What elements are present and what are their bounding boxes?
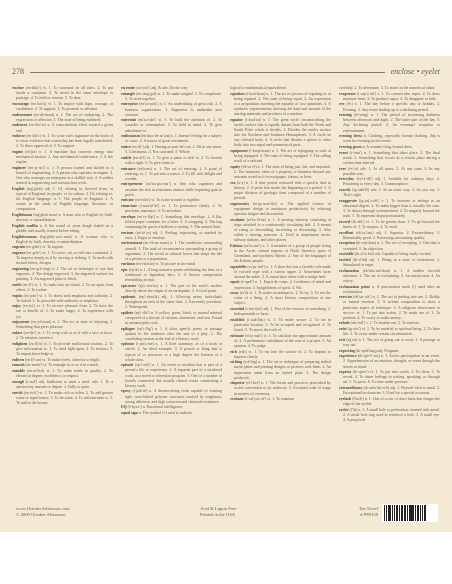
headword: epidote [121,311,133,315]
dictionary-entry: engraving (en·grā′ving) n. 1. The art or… [12,267,113,282]
definition: (ek′sər·sīz′) n. 1. The act of putting i… [343,295,440,319]
headword: escalator [230,218,245,222]
definition: (en·lās′) vt. 1. To wrap with or as if w… [16,331,113,340]
dictionary-entry: establish (i·stab′lish) vt. 1. To make s… [230,318,331,333]
definition: (i·vent′) n. 1. Something that takes pla… [343,151,440,165]
dictionary-entry: everyday (ev′rē·dā′) adj. 1. Suitable fo… [339,177,440,187]
dictionary-entry: enrich (en·rich′) vt. 1. To make rich or… [12,391,113,406]
headword: enunciate [121,204,137,208]
headword: equation [230,92,245,96]
dictionary-entry: era (ir′ə) n. 1. A time period reckoned … [230,181,331,201]
headword: ennoble [12,369,25,373]
headword: epic [121,268,128,272]
dictionary-entry: exclamation (ek′sklə·mā′shən) n. 1. A su… [339,269,440,284]
definition: (en·joi′mənt) n. 1. The act or state of … [16,320,113,329]
definition: (es′ā) vt. 1. To make an attempt to. 2. … [234,291,331,305]
dictionary-entry: equator (i·kwā′tər) n. 1. The great circ… [230,118,331,149]
headword: equator [230,118,243,122]
definition: (ik·sī′tid) adj. 1. Being in a state of … [343,258,440,267]
headword: event [339,151,348,155]
headword: essay [230,291,239,295]
dictionary-entry: Eskimo (es′kə·mō′) n. 1. A member of a g… [230,244,331,264]
headword: epidemic [121,295,136,299]
headword: en route [121,86,135,90]
definition: (eg′zit) n. 1. The act of going out or a… [343,338,440,347]
headword: exceed [339,220,350,224]
dictionary-entry: enlighten (en·līt′n) vt. 1. To provide i… [12,342,113,357]
definition: n. A woman's long formal dress. [363,145,413,149]
printed-note: Printed in the USA [200,512,236,518]
definition: (i·val′yoo·āt′) vt. 1. To examine [245,397,294,401]
headword: era [230,181,235,185]
headword: enclose [12,86,24,90]
definition: carefully. 2. To determine. 3. To assert… [339,86,435,90]
headword: excited [339,258,351,262]
definition: (i·kwā′zhən) n. 1. The act or process of… [234,92,331,116]
dictionary-entry: essential (i·sen′shəl) adj. 1. Part of t… [230,307,331,317]
column-2: en route (on·root′) adj. & adv. On the w… [121,86,222,492]
definition: (es′kə·lā′tər) n. 1. A moving stairway c… [234,218,331,242]
definition: (en·thoo′zē·az′əm) n. 1. Intense feeling… [125,134,222,143]
definition: (i·pok′sē) n. A thermosetting resin capa… [125,389,222,403]
definition: (en·nō′bəl) vt. 1. To make noble in qual… [16,369,113,378]
headword: enjoy [12,304,21,308]
definition: (en·grāv′) vt. 1. To carve, cut, or etch… [16,251,113,265]
definition: (en·jə·nir′) n. 1. A person trained and … [16,166,113,185]
dictionary-entry: enunciate (i·nun′sē·āt′) vt. 1. To prono… [121,204,222,214]
headword: evaluate [230,397,244,401]
definition: n. The symbol (=) used to indicate [139,411,192,415]
dictionary-page: 278 enclose • eyelet enclose (en·klōz′) … [0,56,452,532]
dictionary-entry: enjoy (en·joi′) vt. 1. To receive pleasu… [12,304,113,319]
headword: enterprise [121,102,138,106]
dictionary-entry: etching (ech′ing) n. 1. The art or techn… [230,360,331,380]
definition: (en·kur′ij) vt. 1. To inspire with hope,… [16,102,113,111]
dictionary-entry: enthusiasm (en·thoo′zē·az′əm) n. 1. Inte… [121,134,222,144]
headword: equity [230,165,240,169]
definition: (ep′i·sen′tər) n. 1. The part of the ear… [125,284,222,293]
headword: epitome [121,342,134,346]
definition: (eks·hāl′) v. 1. To breathe out. 2. To e… [351,321,420,325]
definition: (ur′gə·nom′iks) n. The applied science o… [234,202,331,216]
dictionary-entry: engineer (en·jə·nir′) n. 1. A person tra… [12,166,113,186]
definition: (ep′i·dem′ik) adj. 1. Affecting many ind… [125,295,222,309]
dictionary-entry: equipment (i·kwip′mənt) n. 1. The act of… [230,149,331,164]
headword: etiquette [230,381,244,385]
headword: esprit [230,280,240,284]
definition: (en·dôrs′) vt. 1. To write one's signatu… [16,134,113,148]
definition: (ig·zakt′lē) adv. 1. In an exact way. 2.… [343,188,440,197]
headword: exclamation point [339,285,370,289]
headword: encourage [12,102,29,106]
dictionary-entry: essay (es′ā) vt. 1. To make an attempt t… [230,291,331,306]
dictionary-entry: environment (en·vī′rən·mənt) n. 1. The c… [121,241,222,261]
guide-words: enclose • eyelet [391,67,440,76]
dictionary-entry: enlace (en·lās′) vt. 1. To wrap with or … [12,331,113,341]
dictionary-entry: evening gown n. A woman's long formal dr… [339,145,440,150]
dictionary-entry: enjoin (en·join′) vt. 1. To direct with … [12,294,113,304]
definition: (e·sprē′) n. 1. Esprit de corps. 2. Live… [234,280,331,289]
dictionary-entry: enclose (en·klōz′) vt. 1. To surround on… [12,86,113,101]
definition: (en·grān′) vt. To ingrain. [26,245,64,249]
headword: envelope [121,215,135,219]
headword: engineer [12,166,26,170]
dictionary-entry: entrepreneur (on′trə·prə·nur′) n. One wh… [121,182,222,197]
headword: entrance [121,167,135,171]
headword: expecting [339,349,355,353]
headword: equal sign [121,411,138,415]
page-number: 278 [12,67,24,76]
entry-columns: enclose (en·klōz′) vt. 1. To surround on… [12,86,440,492]
definition: (ek′wi·tē) n. 1. The state of being just… [234,165,331,179]
definition: (en·lī′vən) vt. To make lively, cheerful… [25,358,100,362]
definition: (en·rich′) vt. 1. To make rich or richer… [16,391,113,405]
dictionary-entry: epidote (ep′i·dōt′) n. A yellow, green, … [121,311,222,326]
definition: logical or mathematical equivalence. [230,86,287,90]
definition: (en·klōz′) vt. 1. To surround on all sid… [16,86,113,100]
dictionary-entry: esprit (e·sprē′) n. 1. Esprit de corps. … [230,280,331,290]
dictionary-entry: exceed (ik·sēd′) vt. 1. To be greater th… [339,220,440,230]
headword: entire [121,145,131,149]
dictionary-entry: estimate (es′tə·māt′) vt. 1. To calculat… [230,334,331,349]
dictionary-entry: envelope (en′və·lōp′) n. 1. Something th… [121,215,222,230]
headword: Englishwoman [12,235,37,239]
headword: excellent [339,231,353,235]
definition: (i·pit′ə·mē) n. 1. A brief summary, as o… [125,342,222,361]
dictionary-entry: encourage (en·kur′ij) vt. 1. To inspire … [12,102,113,112]
headword: everyday [339,177,354,181]
definition: (en·līt′n) vt. 1. To provide intellectua… [16,342,113,356]
definition: (et′i·ket′) n. 1. The forms and practice… [234,381,331,395]
headword: entangle [121,92,135,96]
dictionary-entry: Englishman (ing′glish·mən) n. A man who … [12,213,113,223]
definition: (ī′lit) n. 1. A small hole or perforatio… [343,408,440,422]
headword: enrich [12,391,23,395]
dictionary-entry: etiquette (et′i·ket′) n. 1. The forms an… [230,381,331,396]
headword: entertain [121,118,136,122]
dictionary-entry: exit (eg′zit) n. 1. The act of going out… [339,338,440,348]
dictionary-entry: English (ing′glish) adj. 1. Of, relating… [12,187,113,212]
definition: (es′tə·māt′) vt. 1. To calculate the app… [234,334,331,348]
dictionary-entry: eyelash (ī′lash′) n. 1. One of a row of … [339,397,440,407]
definition: (en·twīn′) vt. To twine around or togeth… [135,198,200,202]
dictionary-entry: exist (ig·zist′) vi. 1. To be material o… [339,327,440,337]
headword: enlace [12,331,22,335]
headword: essential [230,307,244,311]
dictionary-entry: entangle (en·tang′gəl) vt. 1. To make ta… [121,92,222,102]
column-1: enclose (en·klōz′) vt. 1. To surround on… [12,86,113,492]
dictionary-entry: ergonomics (ur′gə·nom′iks) n. The applie… [230,202,331,217]
headword: eve [339,102,344,106]
dictionary-entry: exercise (ek′sər·sīz′) n. 1. The act of … [339,295,440,320]
headword: epicenter [121,284,136,288]
headword: enlighten [12,342,27,346]
definition: (en·dev′ər) n. A conscientious effort to… [16,123,113,132]
headword: exist [339,327,347,331]
definition: (ī′lash′) n. 1. One of a row of short ha… [343,397,440,406]
headword: endeavor [12,123,27,127]
headword: Englishman [12,213,32,217]
dictionary-entry: espadrille (es′pə·dril′) n. 1. A shoe th… [230,265,331,280]
definition: (i·kwā′tər) n. 1. The great circle circu… [234,118,331,147]
header-rule [30,72,385,73]
dictionary-entry: enough (i·nuf′) adj. Sufficient to meet … [12,380,113,390]
dictionary-entry: en route (on·root′) adj. & adv. On the w… [121,86,222,91]
dictionary-entry: excited (ik·sī′tid) adj. 1. Being in a s… [339,258,440,268]
definition: (ik·sep′shən) n. 1. The act of excepting… [343,241,440,250]
definition: (ev′ər) adv. 1. At all times. 2. At any … [343,167,440,176]
headword: entitle [121,156,131,160]
definition: (ech) vt. 1. To cut into the surface of.… [234,350,331,359]
definition: (en·tīt′l) vt. 1. To give a name or titl… [125,156,222,165]
definition: (en·tang′gəl) vt. 1. To make tangled. 2.… [125,92,222,101]
definition: (ēv) n. 1. The day before a specific day… [343,102,440,111]
dictionary-entry: equal sign n. The symbol (=) used to ind… [121,411,222,416]
headword: eyelet [339,408,349,412]
definition: (ik·sēd′) vt. 1. To be greater than. 2. … [343,220,440,229]
dictionary-entry: envision (en·vizh′ən) vt. To picture in … [121,262,222,267]
headword: excitable [339,252,354,256]
page-footer: www.OctoberAfternoon.com © 2009 October … [16,502,438,528]
headword: EQ [121,405,127,409]
definition: (ē·kyoo′) n. Emotional intelligence. [128,405,183,409]
headword: evaporate [339,92,355,96]
headword: engine [12,150,23,154]
dictionary-entry: eve (ēv) n. 1. The day before a specific… [339,102,440,112]
definition: (ep′i·dōt′) n. A yellow, green, black, o… [125,311,222,325]
definition: (ik·spres′) vt. 1. To put into words. 2.… [343,370,440,384]
dictionary-entry: endeavor (en·dev′ər) n. A conscientious … [12,123,113,133]
definition: (en′vē·əs) adj. 1. Feeling, expressing, … [125,231,222,240]
definition: (ech′ing) n. 1. The art or technique of … [234,360,331,379]
definition: (ing′glish) adj. 1. Of, relating to, der… [16,187,113,211]
definition: (i·nun′sē·āt′) vt. 1. To pronounce clear… [125,204,222,213]
definition: (en′tər·prīz′) n. 1. An undertaking of g… [125,102,222,116]
dictionary-entry: enmesh (en·mesh′) vt. To entangle in or … [12,363,113,368]
definition: (ek′sə·lənt) adj. 1. Superior. 2. Extrao… [343,231,440,240]
definition: (i·nuf′) adj. Sufficient to meet a need.… [16,380,113,389]
definition: (ik·spek′ting) adj. Pregnant. [356,349,399,353]
dictionary-entry: entwine (en·twīn′) vt. To twine around o… [121,198,222,203]
footer-product: Tea Towel # PP0159 [359,506,378,518]
page-header: 278 enclose • eyelet [12,62,440,76]
headword: endearment [12,113,32,117]
headword: exception [339,241,355,245]
definition: (en·grā′ving) n. 1. The art or technique… [16,267,113,281]
headword: ergonomics [230,202,249,206]
headword: engrain [12,245,25,249]
dictionary-entry: excellent (ek′sə·lənt) adj. 1. Superior.… [339,231,440,241]
headword: eyelash [339,397,351,401]
headword: episode [121,363,133,367]
definition: (en·mesh′) vt. To entangle in or as if i… [26,363,99,367]
dictionary-entry: exclamation point n. A punctuation mark … [339,285,440,295]
headword: environment [121,241,142,245]
headword: epilogue [121,327,135,331]
headword: etch [230,350,237,354]
definition: (ir′ə) n. 1. A time period reckoned with… [234,181,331,200]
dictionary-entry: expecting (ik·spek′ting) adj. Pregnant. [339,349,440,354]
dictionary-entry: equation (i·kwā′zhən) n. 1. The act or p… [230,92,331,117]
dictionary-entry: extraordinary (ik·strôr′dn·er′ē) adj. 1.… [339,386,440,396]
definition: (ēv′ning) n. 1. The period of increasing… [343,113,440,132]
dictionary-entry: logical or mathematical equivalence. [230,86,331,91]
definition: (ik·sī′tə·bəl) adj. Capable of being eas… [355,252,432,256]
copyright: © 2009 October Afternoon [16,512,70,518]
headword: espadrille [230,265,246,269]
dictionary-entry: endorse (en·dôrs′) vt. 1. To write one's… [12,134,113,149]
definition: (es′kə·mō′) n. 1. A member of a group of… [234,244,331,263]
dictionary-entry: enliven (en·lī′vən) vt. To make lively, … [12,358,113,363]
headword: English [12,187,25,191]
dictionary-entry: exaggerate (ig·zaj′ə·rāt′) v. 1. To incr… [339,199,440,219]
dictionary-entry: engine (en′jin) n. 1. A machine that con… [12,150,113,165]
definition: (i·kwip′mənt) n. 1. The act of equipping… [234,149,331,163]
headword: envious [121,231,134,235]
dictionary-entry: endearment (en·dir′mənt) n. 1. The act o… [12,113,113,123]
headword: exercise [339,295,352,299]
dictionary-entry: envious (en′vē·əs) adj. 1. Feeling, expr… [121,231,222,241]
headword: entwine [121,198,134,202]
dictionary-entry: enterprise (en′tər·prīz′) n. 1. An under… [121,102,222,117]
footer-publisher: www.OctoberAfternoon.com © 2009 October … [16,506,70,518]
headword: establish [230,318,245,322]
footer-print-info: Acid & Lignin Free Printed in the USA [200,506,236,518]
definition: (ep′ə·lôg′) n. 1. A short speech, poem, … [125,327,222,341]
dictionary-entry: carefully. 2. To determine. 3. To assert… [339,86,440,91]
headword: exactly [339,188,351,192]
definition: (en·join′) vt. 1. To direct with emphasi… [16,294,113,303]
dictionary-entry: epicenter (ep′i·sen′tər) n. 1. The part … [121,284,222,294]
definition: (ig·zist′) vi. 1. To be material or spir… [343,327,440,336]
headword: evening [339,113,352,117]
dictionary-entry: exception (ik·sep′shən) n. 1. The act of… [339,241,440,251]
definition: (ig·zaj′ə·rāt′) v. 1. To increase or enl… [343,199,440,218]
dictionary-entry: excitable (ik·sī′tə·bəl) adj. Capable of… [339,252,440,257]
headword: Eskimo [230,244,243,248]
dictionary-entry: episode (ep′i·sōd′) n. 1. An event or in… [121,363,222,388]
definition: (ev′rē·dā′) adj. 1. Suitable for ordinar… [343,177,440,186]
headword: exclamation [339,269,359,273]
headword: enthusiasm [121,134,140,138]
dictionary-entry: epoxy (i·pok′sē) n. A thermosetting resi… [121,389,222,404]
dictionary-entry: event (i·vent′) n. 1. Something that tak… [339,151,440,166]
product-code: # PP0159 [359,512,378,518]
definition: (en·tīr′) adj. 1. Having no part left ou… [125,145,222,154]
headword: enisle [12,283,21,287]
dictionary-entry: engrave (en·grāv′) vt. 1. To carve, cut,… [12,251,113,266]
headword: engrave [12,251,25,255]
dictionary-entry: enjoyment (en·joi′mənt) n. 1. The act or… [12,320,113,330]
column-4: carefully. 2. To determine. 3. To assert… [339,86,440,492]
definition: (en′trəns) n. 1. The act of entering. 2.… [125,167,222,181]
dictionary-entry: EQ (ē·kyoo′) n. Emotional intelligence. [121,405,222,410]
dictionary-entry: evening (ēv′ning) n. 1. The period of in… [339,113,440,133]
dictionary-entry: entire (en·tīr′) adj. 1. Having no part … [121,145,222,155]
headword: enjoyment [12,320,30,324]
definition: (i·vap′ə·rāt′) v. 1. To convert into vap… [343,92,440,101]
definition: (en′və·lōp′) n. 1. Something that envelo… [125,215,222,229]
dictionary-entry: enisle (en·īl′) vt. 1. To make into an i… [12,283,113,293]
definition: (es′pə·dril′) n. 1. A shoe that has a fl… [234,265,331,279]
dictionary-entry: engrain (en·grān′) vt. To ingrain. [12,245,113,250]
definition: (ep′ik) n. 1. A long narrative poem cele… [125,268,222,282]
headword: exhale [339,321,350,325]
dictionary-entry: exactly (ig·zakt′lē) adv. 1. In an exact… [339,188,440,198]
definition: (en·vizh′ən) vt. To picture in the mind. [136,262,196,266]
headword: enough [12,380,24,384]
dictionary-entry: equity (ek′wi·tē) n. 1. The state of bei… [230,165,331,180]
dictionary-entry: ever (ev′ər) adv. 1. At all times. 2. At… [339,167,440,177]
dictionary-entry: etch (ech) vt. 1. To cut into the surfac… [230,350,331,360]
dictionary-entry: evening dress n. Clothing, especially fo… [339,134,440,144]
headword: exaggerate [339,199,357,203]
headword: envision [121,262,135,266]
dictionary-entry: escalator (es′kə·lā′tər) n. 1. A moving … [230,218,331,243]
dictionary-entry: express (ik·spres′) vt. 1. To put into w… [339,370,440,385]
barcode-icon [382,504,438,522]
column-3: logical or mathematical equivalence.equa… [230,86,331,492]
dictionary-entry: epic (ep′ik) n. 1. A long narrative poem… [121,268,222,283]
dictionary-entry: eyelet (ī′lit) n. 1. A small hole or per… [339,408,440,423]
definition: (en′tər·tān′) vt. 1. To hold the attenti… [125,118,222,132]
headword: engraving [12,267,29,271]
dictionary-entry: Englishwoman (ing′glish·woo·mən) n. A wo… [12,235,113,245]
dictionary-entry: entitle (en·tīt′l) vt. 1. To give a name… [121,156,222,166]
dictionary-entry: English muffin n. A flat round of yeast … [12,224,113,234]
definition: (ep′i·sōd′) n. 1. An event or incident t… [125,363,222,387]
headword: equipment [230,149,248,153]
definition: (en′jin) n. 1. A machine that converts e… [16,150,113,164]
definition: (en·īl′) vt. 1. To make into an island. … [16,283,113,292]
definition: (i·sen′shəl) adj. 1. Part of the essence… [234,307,331,316]
headword: evening gown [339,145,362,149]
headword: endorse [12,134,25,138]
definition: (en·joi′) vt. 1. To receive pleasure fro… [16,304,113,318]
dictionary-entry: experience (ik·spir′ē·əns) n. 1. Active … [339,354,440,369]
dictionary-entry: epitome (i·pit′ə·mē) n. 1. A brief summa… [121,342,222,362]
headword: etching [230,360,242,364]
headword: English muffin [12,224,38,228]
definition: (on·root′) adj. & adv. On the way. [136,86,189,90]
dictionary-entry: entrance (en′trəns) n. 1. The act of ent… [121,167,222,182]
headword: ever [339,167,346,171]
headword: exit [339,338,345,342]
headword: estimate [230,334,244,338]
dictionary-entry: evaporate (i·vap′ə·rāt′) v. 1. To conver… [339,92,440,102]
headword: experience [339,354,357,358]
headword: extraordinary [339,386,362,390]
dictionary-entry: ennoble (en·nō′bəl) vt. 1. To make noble… [12,369,113,379]
headword: enmesh [12,363,25,367]
headword: express [339,370,351,374]
dictionary-entry: epilogue (ep′ə·lôg′) n. 1. A short speec… [121,327,222,342]
headword: enjoin [12,294,22,298]
headword: enliven [12,358,24,362]
headword: evening dress [339,134,362,138]
headword: entrepreneur [121,182,143,186]
definition: (i·stab′lish) vt. 1. To make secure. 2. … [234,318,331,332]
dictionary-entry: epidemic (ep′i·dem′ik) adj. 1. Affecting… [121,295,222,310]
dictionary-entry: evaluate (i·val′yoo·āt′) vt. 1. To exami… [230,397,331,402]
dictionary-entry: entertain (en′tər·tān′) vt. 1. To hold t… [121,118,222,133]
dictionary-entry: exhale (eks·hāl′) v. 1. To breathe out. … [339,321,440,326]
definition: (ik·spir′ē·əns) n. 1. Active participati… [343,354,440,368]
headword: epoxy [121,389,131,393]
